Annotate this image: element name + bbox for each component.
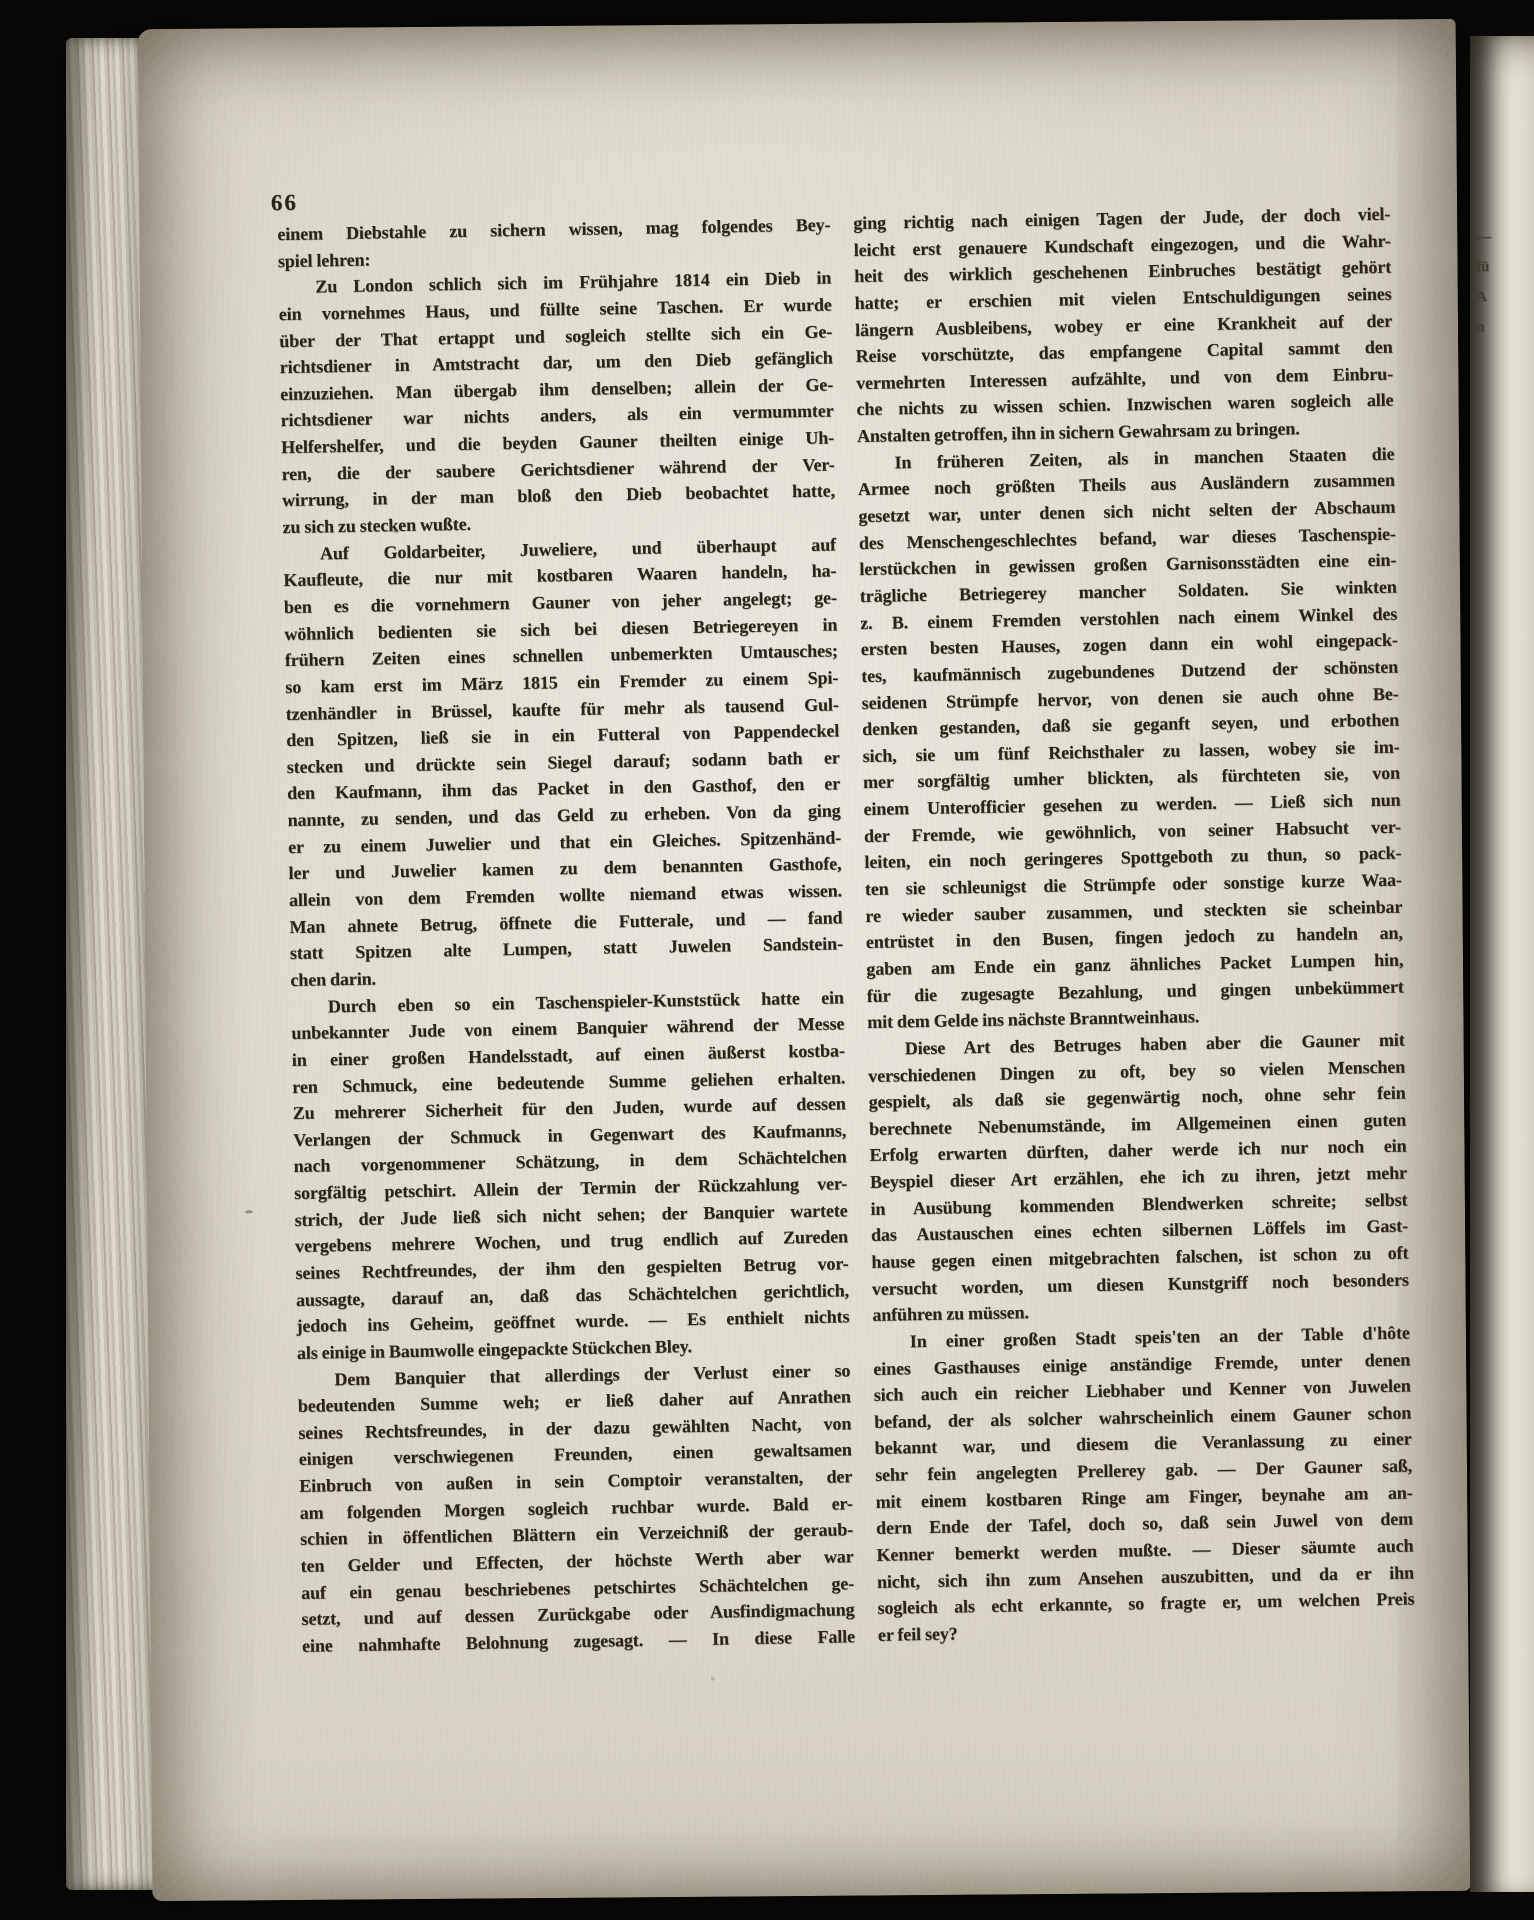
text-column-right: ging richtig nach einigen Tagen der Jude… xyxy=(853,201,1415,1649)
page-content: 66 einem Diebstahle zu sichern wissen, m… xyxy=(277,201,1407,221)
book-photo-scene: 66 einem Diebstahle zu sichern wissen, m… xyxy=(0,0,1534,1920)
book-page: 66 einem Diebstahle zu sichern wissen, m… xyxy=(138,19,1471,1901)
next-page-text-fragments: —füAn xyxy=(1476,222,1491,342)
text-fragment: n xyxy=(1476,312,1491,342)
text-fragment: — xyxy=(1476,222,1491,252)
text-fragment: fü xyxy=(1476,252,1491,282)
text-fragment: A xyxy=(1476,282,1491,312)
paper-speck xyxy=(394,529,399,533)
text-column-left: einem Diebstahle zu sichern wissen, mag … xyxy=(277,211,855,1659)
paper-speck xyxy=(245,1210,253,1213)
paper-speck xyxy=(711,1677,715,1681)
page-number: 66 xyxy=(271,190,298,216)
next-page-edge: —füAn xyxy=(1470,36,1534,1892)
